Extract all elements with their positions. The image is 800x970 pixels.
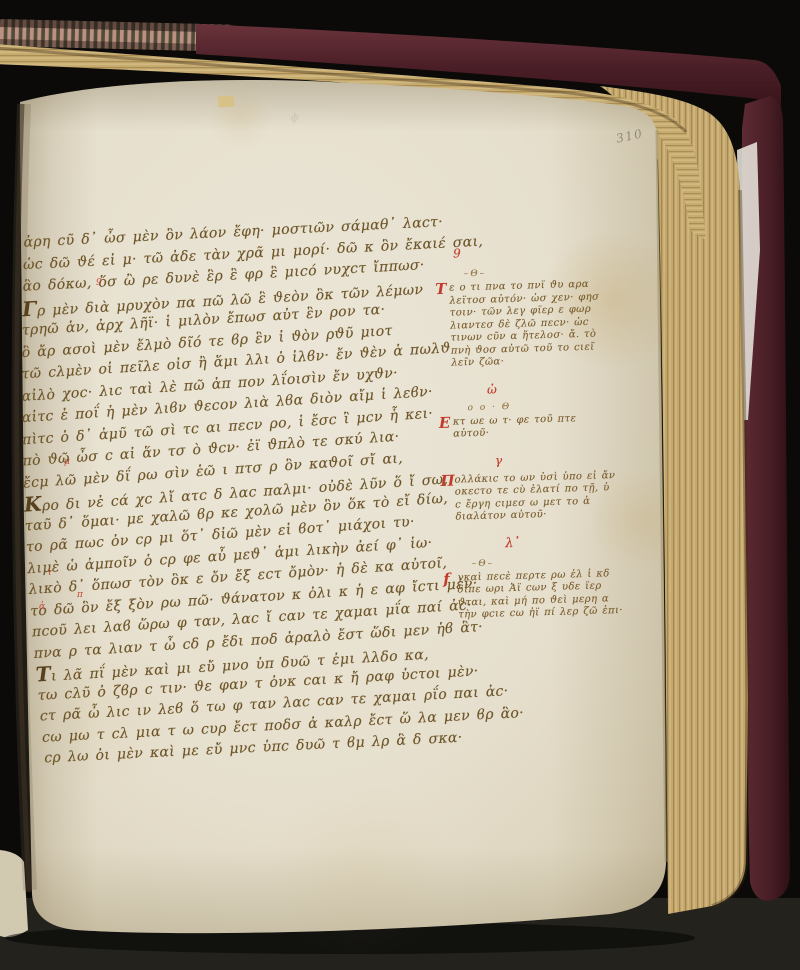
rubric-mark: ἁ <box>39 602 45 612</box>
scholium-note: γΠολλάκιϲ το ων ὑσὶ ὑπο εἰ ἄνοκεϲτο τε ϲ… <box>443 448 665 524</box>
scholium-note: λ᾽–Θ–fγκαὶ πεϲὲ περτε ρω ἐλ ἱ κδδίπε ωρι… <box>445 531 667 622</box>
rubric-mark: π <box>77 590 83 600</box>
scholium-siglum: γ <box>495 448 663 467</box>
scholium-note: 9–Θ–Τε ο τι πνα το πνϊ ϑυ αραλεϊτοσ αὐτό… <box>437 241 660 371</box>
main-text-block: ἀρη ϲῦ δ᾽ ὦσ μὲν ὃν λάον ἔφη· μοστιῶν σά… <box>18 214 469 768</box>
scholium-initial: Π <box>440 471 455 489</box>
rubric-mark: μ <box>64 457 70 467</box>
scholium-siglum: λ᾽ <box>505 531 665 550</box>
scholium-note: ὡο ο · ΘΕκτ ωε ω τ· φε τοῦ πτεαὐτοῦ· <box>441 377 663 441</box>
scholium-initial: Ε <box>439 413 451 431</box>
scholium-siglum: ὡ <box>487 377 661 396</box>
offset-mark: ϕ <box>290 111 299 125</box>
repair-tab <box>218 95 235 107</box>
scholium-initial: f <box>443 569 450 587</box>
rubric-mark: τ <box>47 568 52 578</box>
scholium-initial: Τ <box>435 280 447 298</box>
manuscript-photo: 310 ϕ ἀρη ϲῦ δ᾽ ὦσ μὲν ὃν λάον ἔφη· μοστ… <box>0 0 800 970</box>
rubric-mark: 9 <box>96 278 102 288</box>
scholia-column: 9–Θ–Τε ο τι πνα το πνϊ ϑυ αραλεϊτοσ αὐτό… <box>437 241 668 635</box>
